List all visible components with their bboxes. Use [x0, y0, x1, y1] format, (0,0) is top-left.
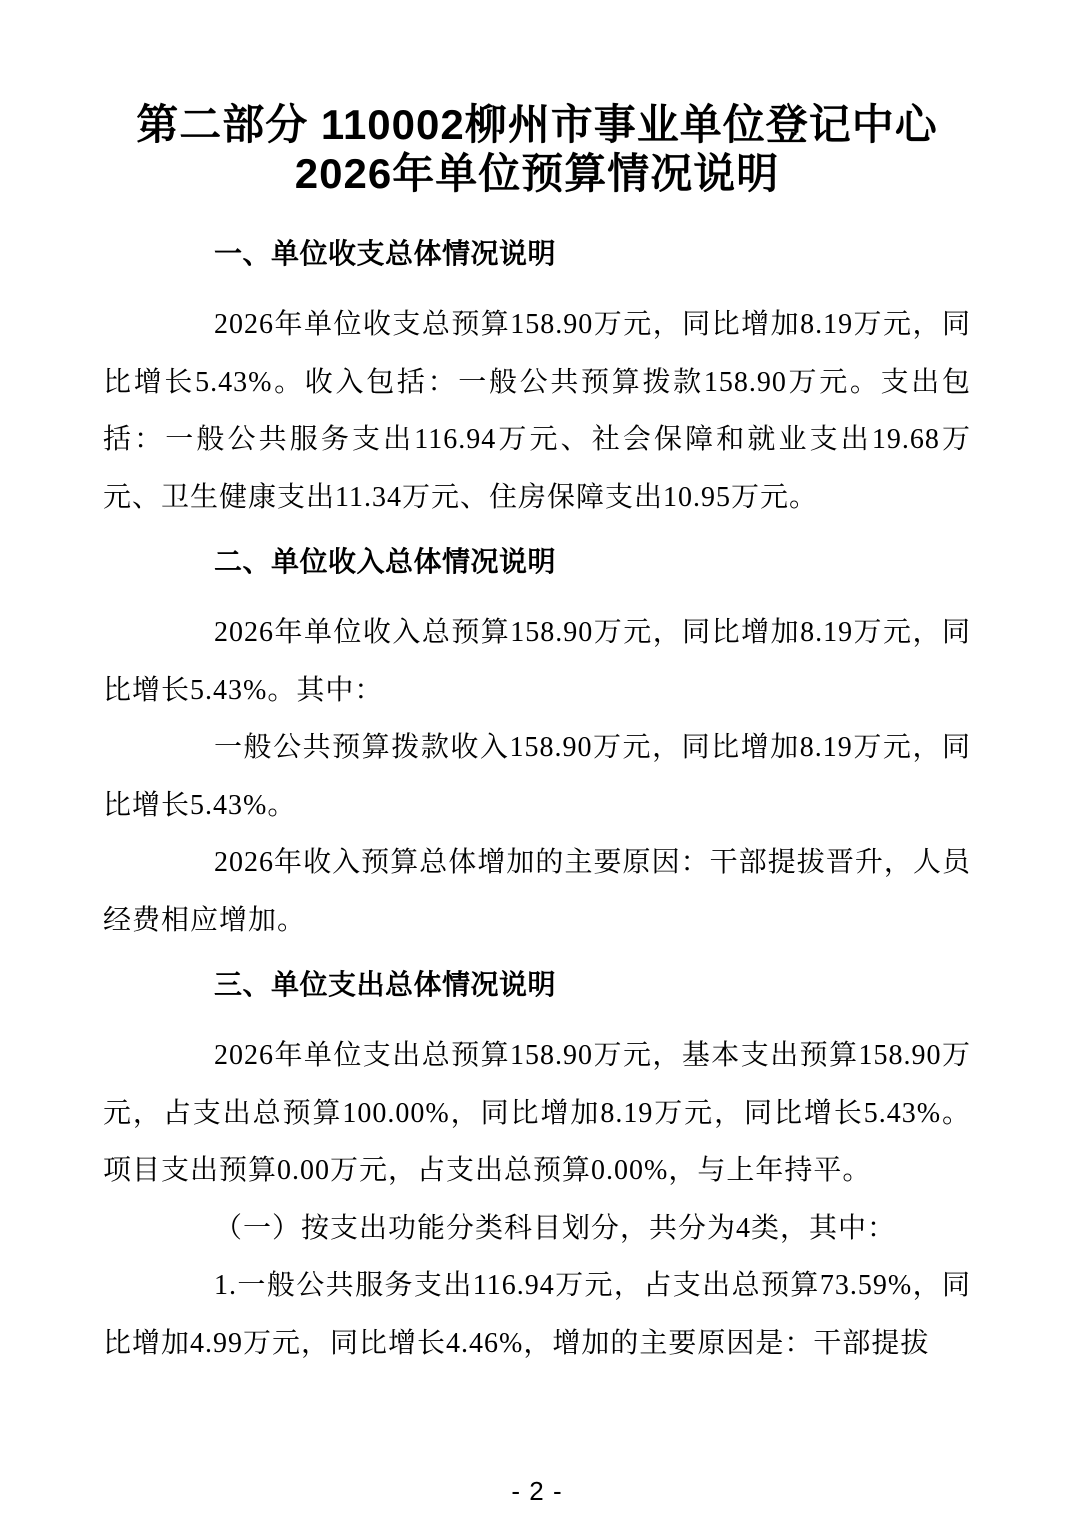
document-content: 第二部分 110002柳州市事业单位登记中心 2026年单位预算情况说明 一、单… — [0, 0, 1074, 1372]
document-title-line-1: 第二部分 110002柳州市事业单位登记中心 — [103, 100, 971, 149]
section-heading-expenditure-overview: 三、单位支出总体情况说明 — [103, 967, 971, 1003]
paragraph: 2026年收入预算总体增加的主要原因：干部提拔晋升，人员经费相应增加。 — [103, 834, 971, 949]
paragraph: 1.一般公共服务支出116.94万元，占支出总预算73.59%，同比增加4.99… — [103, 1257, 971, 1372]
paragraph: 2026年单位收支总预算158.90万元，同比增加8.19万元，同比增长5.43… — [103, 296, 971, 526]
document-page: 第二部分 110002柳州市事业单位登记中心 2026年单位预算情况说明 一、单… — [0, 0, 1074, 1520]
document-title: 第二部分 110002柳州市事业单位登记中心 2026年单位预算情况说明 — [103, 100, 971, 198]
section-heading-income-overview: 二、单位收入总体情况说明 — [103, 544, 971, 580]
page-number: - 2 - — [0, 1476, 1074, 1507]
document-title-line-2: 2026年单位预算情况说明 — [103, 149, 971, 198]
section-heading-revenue-expenditure-overview: 一、单位收支总体情况说明 — [103, 236, 971, 272]
paragraph: 一般公共预算拨款收入158.90万元，同比增加8.19万元，同比增长5.43%。 — [103, 719, 971, 834]
paragraph: （一）按支出功能分类科目划分，共分为4类，其中： — [103, 1200, 971, 1258]
paragraph: 2026年单位支出总预算158.90万元，基本支出预算158.90万元，占支出总… — [103, 1027, 971, 1200]
paragraph: 2026年单位收入总预算158.90万元，同比增加8.19万元，同比增长5.43… — [103, 604, 971, 719]
